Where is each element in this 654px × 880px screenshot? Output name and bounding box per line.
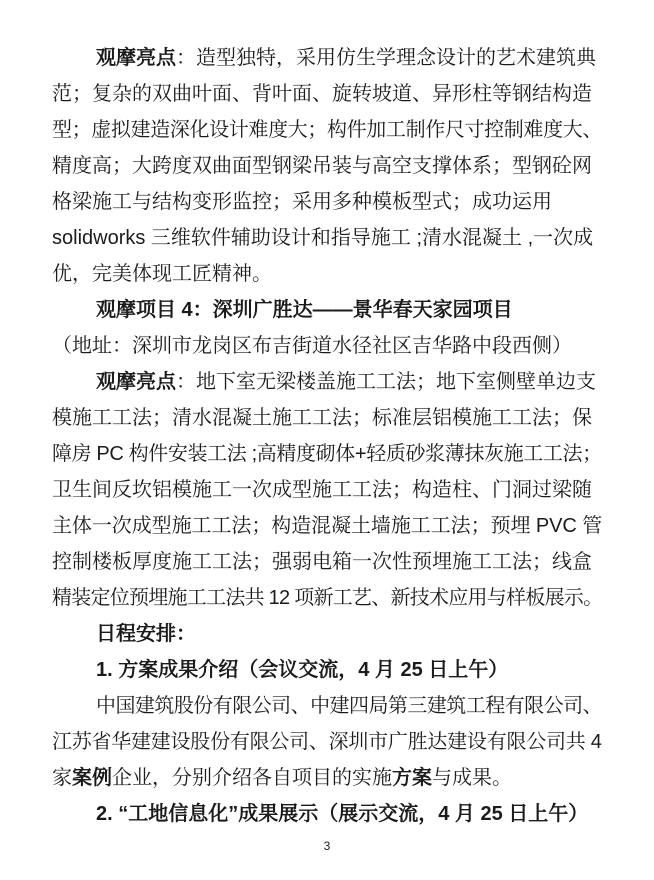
text-run: solidworks 三维软件辅助设计和指导施工 ;清水混凝土 ,一次成 [52, 227, 593, 249]
page-number: 3 [324, 839, 331, 853]
text-run: 观摩亮点 [96, 371, 176, 393]
text-run: 精装定位预埋施工工法共 12 项新工艺、新技术应用与样板展示。 [52, 587, 602, 609]
text-line: 日程安排： [52, 616, 602, 652]
text-run: 中国建筑股份有限公司、中建四局第三建筑工程有限公司、 [96, 695, 602, 717]
text-content: 观摩亮点：造型独特，采用仿生学理念设计的艺术建筑典范；复杂的双曲叶面、背叶面、旋… [52, 40, 602, 832]
text-line: 2. “工地信息化”成果展示（展示交流，4 月 25 日上午） [52, 796, 602, 832]
text-line: 江苏省华建建设股份有限公司、深圳市广胜达建设有限公司共 4 [52, 724, 602, 760]
text-line: 观摩亮点：地下室无梁楼盖施工工法；地下室侧壁单边支 [52, 364, 602, 400]
page-number-footer: 3 [0, 838, 654, 854]
text-run: 范；复杂的双曲叶面、背叶面、旋转坡道、异形柱等钢结构造 [52, 83, 592, 105]
text-run: 精度高；大跨度双曲面型钢梁吊装与高空支撑体系；型钢砼网 [52, 155, 592, 177]
paragraph: 2. “工地信息化”成果展示（展示交流，4 月 25 日上午） [52, 796, 602, 832]
text-line: 优，完美体现工匠精神。 [52, 256, 602, 292]
text-line: solidworks 三维软件辅助设计和指导施工 ;清水混凝土 ,一次成 [52, 220, 602, 256]
text-run: （地址：深圳市龙岗区布吉街道水径社区吉华路中段西侧） [52, 335, 572, 357]
text-run: 主体一次成型施工工法；构造混凝土墙施工工法；预埋 PVC 管 [52, 515, 602, 537]
text-run: 江苏省华建建设股份有限公司、深圳市广胜达建设有限公司共 4 [52, 731, 602, 753]
paragraph: 1. 方案成果介绍（会议交流，4 月 25 日上午） [52, 652, 602, 688]
text-line: 型；虚拟建造深化设计难度大；构件加工制作尺寸控制难度大、 [52, 112, 602, 148]
text-run: 障房 PC 构件安装工法 ;高精度砌体+轻质砂浆薄抹灰施工工法； [52, 443, 602, 465]
text-line: 卫生间反坎铝模施工一次成型施工工法；构造柱、门洞过梁随 [52, 472, 602, 508]
text-run: 企业，分别介绍各自项目的实施 [112, 767, 392, 789]
paragraph: 观摩亮点：造型独特，采用仿生学理念设计的艺术建筑典范；复杂的双曲叶面、背叶面、旋… [52, 40, 602, 292]
paragraph: 观摩项目 4：深圳广胜达——景华春天家园项目 [52, 292, 602, 328]
text-run: 家 [52, 767, 72, 789]
text-line: 范；复杂的双曲叶面、背叶面、旋转坡道、异形柱等钢结构造 [52, 76, 602, 112]
text-run: 型；虚拟建造深化设计难度大；构件加工制作尺寸控制难度大、 [52, 119, 602, 141]
text-line: （地址：深圳市龙岗区布吉街道水径社区吉华路中段西侧） [52, 328, 602, 364]
text-line: 精度高；大跨度双曲面型钢梁吊装与高空支撑体系；型钢砼网 [52, 148, 602, 184]
text-line: 模施工工法；清水混凝土施工工法；标准层铝模施工工法；保 [52, 400, 602, 436]
paragraph: 中国建筑股份有限公司、中建四局第三建筑工程有限公司、江苏省华建建设股份有限公司、… [52, 688, 602, 796]
paragraph: （地址：深圳市龙岗区布吉街道水径社区吉华路中段西侧） [52, 328, 602, 364]
text-line: 观摩项目 4：深圳广胜达——景华春天家园项目 [52, 292, 602, 328]
text-line: 1. 方案成果介绍（会议交流，4 月 25 日上午） [52, 652, 602, 688]
text-line: 观摩亮点：造型独特，采用仿生学理念设计的艺术建筑典 [52, 40, 602, 76]
text-line: 精装定位预埋施工工法共 12 项新工艺、新技术应用与样板展示。 [52, 580, 602, 616]
text-run: 优，完美体现工匠精神。 [52, 263, 272, 285]
text-run: 观摩项目 4：深圳广胜达——景华春天家园项目 [96, 299, 513, 321]
text-line: 格梁施工与结构变形监控；采用多种模板型式；成功运用 [52, 184, 602, 220]
paragraph: 日程安排： [52, 616, 602, 652]
text-run: 1. 方案成果介绍（会议交流，4 月 25 日上午） [96, 659, 508, 681]
text-run: 2. “工地信息化”成果展示（展示交流，4 月 25 日上午） [96, 803, 588, 825]
text-run: 观摩亮点 [96, 47, 176, 69]
text-run: 控制楼板厚度施工工法；强弱电箱一次性预埋施工工法；线盒 [52, 551, 592, 573]
text-run: 与成果。 [432, 767, 512, 789]
text-run: 卫生间反坎铝模施工一次成型施工工法；构造柱、门洞过梁随 [52, 479, 592, 501]
text-line: 控制楼板厚度施工工法；强弱电箱一次性预埋施工工法；线盒 [52, 544, 602, 580]
text-line: 障房 PC 构件安装工法 ;高精度砌体+轻质砂浆薄抹灰施工工法； [52, 436, 602, 472]
text-run: ：地下室无梁楼盖施工工法；地下室侧壁单边支 [176, 371, 596, 393]
document-page: 观摩亮点：造型独特，采用仿生学理念设计的艺术建筑典范；复杂的双曲叶面、背叶面、旋… [0, 0, 654, 880]
text-run: 方案 [392, 767, 432, 789]
text-line: 中国建筑股份有限公司、中建四局第三建筑工程有限公司、 [52, 688, 602, 724]
text-line: 家案例企业，分别介绍各自项目的实施方案与成果。 [52, 760, 602, 796]
text-line: 主体一次成型施工工法；构造混凝土墙施工工法；预埋 PVC 管 [52, 508, 602, 544]
text-run: 格梁施工与结构变形监控；采用多种模板型式；成功运用 [52, 191, 552, 213]
text-run: 日程安排： [96, 623, 196, 645]
paragraph: 观摩亮点：地下室无梁楼盖施工工法；地下室侧壁单边支模施工工法；清水混凝土施工工法… [52, 364, 602, 616]
text-run: 案例 [72, 767, 112, 789]
text-run: ：造型独特，采用仿生学理念设计的艺术建筑典 [176, 47, 596, 69]
text-run: 模施工工法；清水混凝土施工工法；标准层铝模施工工法；保 [52, 407, 592, 429]
